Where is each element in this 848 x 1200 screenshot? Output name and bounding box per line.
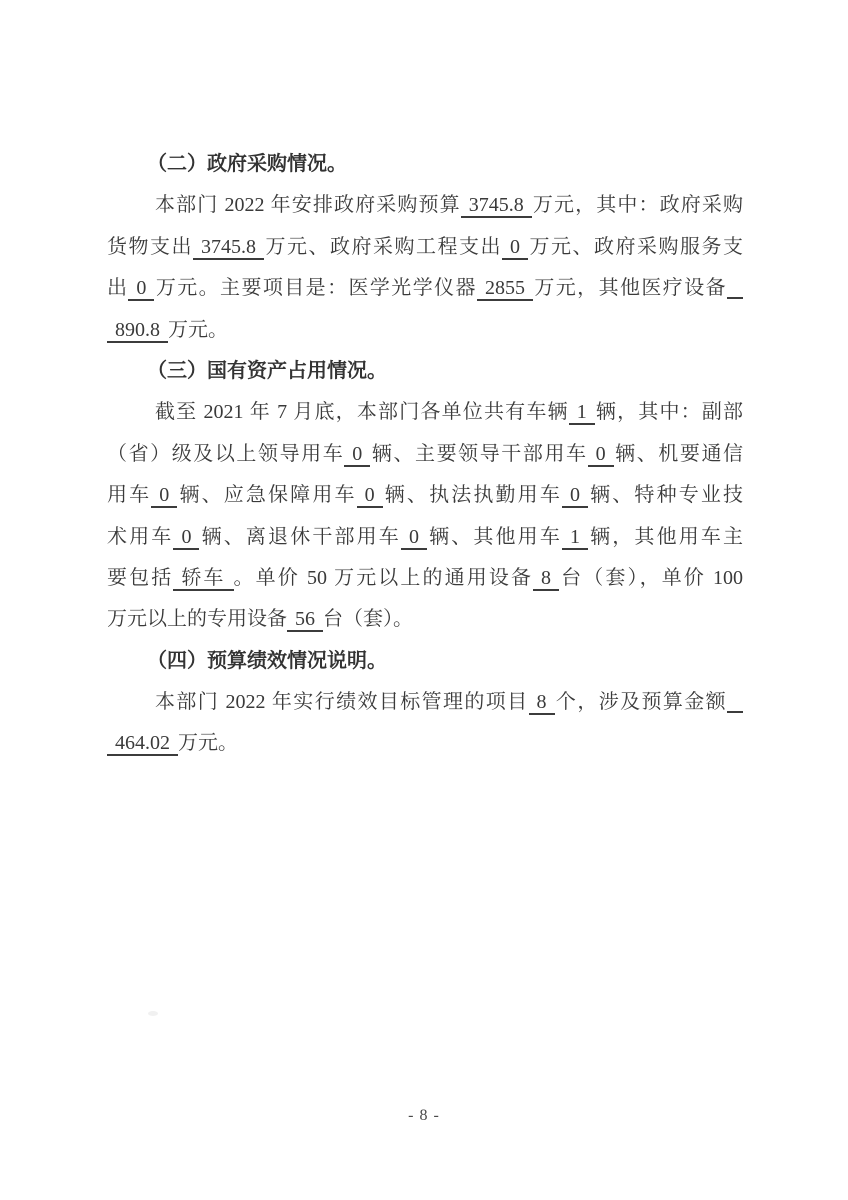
underlined-value: 0 xyxy=(502,236,528,260)
underlined-value: 0 xyxy=(401,526,427,550)
text-run: 辆，其中：副部 xyxy=(595,401,743,423)
underlined-value: 890.8 xyxy=(107,319,168,343)
text-run: 万元、政府采购工程支出 xyxy=(264,236,502,258)
text-run: 本部门 2022 年安排政府采购预算 xyxy=(155,194,461,216)
underlined-value: 0 xyxy=(357,484,383,508)
underlined-value xyxy=(727,271,743,299)
text-run: 个，涉及预算金额 xyxy=(555,691,727,713)
text-run: 辆、执法执勤用车 xyxy=(383,484,562,506)
text-run: 万元、政府采购服务支 xyxy=(528,236,743,258)
page-number: - 8 - xyxy=(0,1106,848,1126)
text-line: 用车0辆、应急保障用车0辆、执法执勤用车0辆、特种专业技 xyxy=(107,475,743,516)
text-run: 万元，其他医疗设备 xyxy=(533,277,727,299)
text-run: 万元。 xyxy=(168,319,228,341)
section-heading: （四）预算绩效情况说明。 xyxy=(107,641,743,682)
text-line: （省）级及以上领导用车0辆、主要领导干部用车0辆、机要通信 xyxy=(107,434,743,475)
underlined-value: 0 xyxy=(344,443,370,467)
text-line: 要包括轿车。单价 50 万元以上的通用设备8台（套），单价 100 xyxy=(107,558,743,599)
text-run: 台（套）。 xyxy=(323,608,413,630)
text-line: 出0万元。主要项目是：医学光学仪器2855万元，其他医疗设备 xyxy=(107,268,743,309)
underlined-value: 0 xyxy=(588,443,614,467)
text-run: 辆、离退休干部用车 xyxy=(199,526,400,548)
underlined-value: 8 xyxy=(533,567,559,591)
text-run: 用车 xyxy=(107,484,151,506)
text-run: （省）级及以上领导用车 xyxy=(107,443,344,465)
text-run: 辆、主要领导干部用车 xyxy=(370,443,587,465)
underlined-value: 1 xyxy=(562,526,588,550)
underlined-value: 8 xyxy=(529,691,555,715)
text-run: 术用车 xyxy=(107,526,173,548)
section-heading: （三）国有资产占用情况。 xyxy=(107,351,743,392)
text-run: 辆、机要通信 xyxy=(614,443,743,465)
text-line: 464.02万元。 xyxy=(107,723,743,764)
document-body: （二）政府采购情况。本部门 2022 年安排政府采购预算3745.8万元，其中：… xyxy=(107,144,743,765)
text-run: 万元。主要项目是：医学光学仪器 xyxy=(154,277,477,299)
underlined-value: 轿车 xyxy=(173,567,233,591)
text-line: 截至 2021 年 7 月底，本部门各单位共有车辆1辆，其中：副部 xyxy=(107,392,743,433)
text-line: 本部门 2022 年安排政府采购预算3745.8万元，其中：政府采购 xyxy=(107,185,743,226)
text-line: 万元以上的专用设备56台（套）。 xyxy=(107,599,743,640)
text-run: 辆、应急保障用车 xyxy=(177,484,356,506)
text-run: 万元，其中：政府采购 xyxy=(532,194,743,216)
underlined-value: 0 xyxy=(173,526,199,550)
underlined-value: 464.02 xyxy=(107,732,178,756)
underlined-value: 0 xyxy=(151,484,177,508)
underlined-value: 0 xyxy=(128,277,154,301)
text-run: 辆、特种专业技 xyxy=(588,484,743,506)
text-run: 台（套），单价 100 xyxy=(559,567,743,589)
underlined-value xyxy=(727,685,743,713)
text-line: 术用车0辆、离退休干部用车0辆、其他用车1辆，其他用车主 xyxy=(107,517,743,558)
text-line: 890.8万元。 xyxy=(107,310,743,351)
text-line: 货物支出3745.8万元、政府采购工程支出0万元、政府采购服务支 xyxy=(107,227,743,268)
text-run: 辆、其他用车 xyxy=(427,526,562,548)
underlined-value: 1 xyxy=(569,401,595,425)
underlined-value: 56 xyxy=(287,608,323,632)
text-run: 辆，其他用车主 xyxy=(588,526,743,548)
text-run: 万元。 xyxy=(178,732,238,754)
underlined-value: 3745.8 xyxy=(193,236,264,260)
scan-artifact-dot xyxy=(148,1011,158,1016)
section-heading: （二）政府采购情况。 xyxy=(107,144,743,185)
text-run: 本部门 2022 年实行绩效目标管理的项目 xyxy=(155,691,529,713)
text-run: 要包括 xyxy=(107,567,173,589)
text-run: 出 xyxy=(107,277,128,299)
underlined-value: 3745.8 xyxy=(461,194,532,218)
text-line: 本部门 2022 年实行绩效目标管理的项目8个，涉及预算金额 xyxy=(107,682,743,723)
document-page: （二）政府采购情况。本部门 2022 年安排政府采购预算3745.8万元，其中：… xyxy=(0,0,848,1200)
text-run: 。单价 50 万元以上的通用设备 xyxy=(234,567,534,589)
text-run: 货物支出 xyxy=(107,236,193,258)
text-run: 万元以上的专用设备 xyxy=(107,608,287,630)
underlined-value: 2855 xyxy=(477,277,533,301)
text-run: 截至 2021 年 7 月底，本部门各单位共有车辆 xyxy=(155,401,569,423)
underlined-value: 0 xyxy=(562,484,588,508)
